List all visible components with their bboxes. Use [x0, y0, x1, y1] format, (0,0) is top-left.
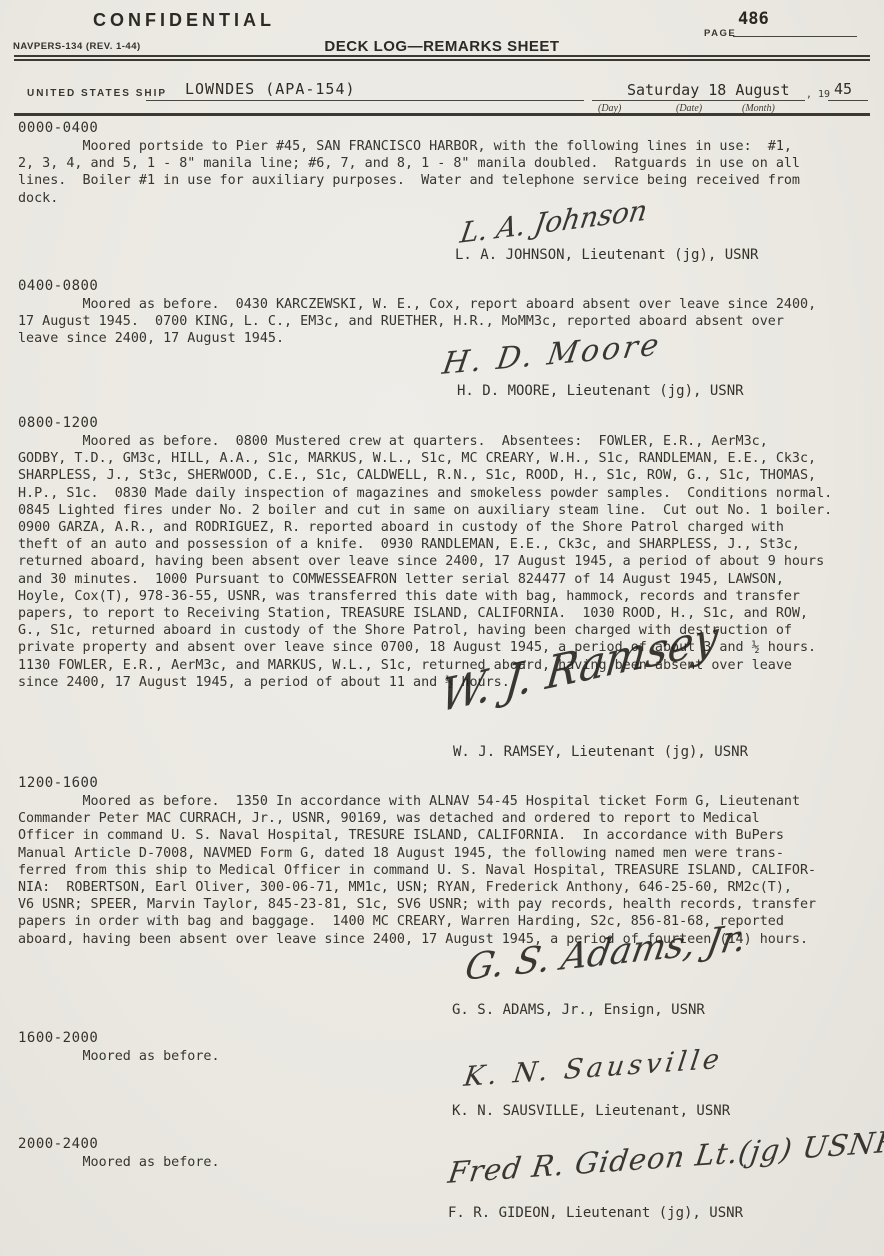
- classification-stamp: CONFIDENTIAL: [93, 10, 275, 31]
- entry-0000-0400-text: Moored portside to Pier #45, SAN FRANCIS…: [18, 138, 868, 207]
- sausville-typed-signature: K. N. SAUSVILLE, Lieutenant, USNR: [452, 1103, 730, 1119]
- entry-1600-2000-text: Moored as before.: [18, 1048, 868, 1065]
- ship-name: LOWNDES (APA-154): [185, 80, 356, 98]
- entry-0400-0800-text: Moored as before. 0430 KARCZEWSKI, W. E.…: [18, 296, 868, 348]
- date-underline: [592, 100, 805, 101]
- entry-1200-1600-time: 1200-1600: [18, 775, 98, 791]
- year-underline: [828, 100, 868, 101]
- gideon-handwritten-signature: Fred R. Gideon Lt.(jg) USNR: [446, 1124, 884, 1190]
- year-value: 45: [834, 80, 852, 98]
- ship-name-underline: [146, 100, 584, 101]
- ramsey-typed-signature: W. J. RAMSEY, Lieutenant (jg), USNR: [453, 744, 748, 760]
- entry-0000-0400-time: 0000-0400: [18, 120, 98, 136]
- entry-2000-2400-time: 2000-2400: [18, 1136, 98, 1152]
- document-title: DECK LOG—REMARKS SHEET: [0, 38, 884, 55]
- page-number-underline: [733, 36, 857, 37]
- adams-typed-signature: G. S. ADAMS, Jr., Ensign, USNR: [452, 1002, 705, 1018]
- ship-label: UNITED STATES SHIP: [27, 88, 167, 99]
- deck-log-page: CONFIDENTIAL PAGE 486 NAVPERS-134 (REV. …: [0, 0, 884, 1256]
- entry-0400-0800-time: 0400-0800: [18, 278, 98, 294]
- johnson-typed-signature: L. A. JOHNSON, Lieutenant (jg), USNR: [455, 247, 758, 263]
- entry-0800-1200-time: 0800-1200: [18, 415, 98, 431]
- moore-typed-signature: H. D. MOORE, Lieutenant (jg), USNR: [457, 383, 744, 399]
- year-prefix: , 19: [806, 89, 830, 100]
- entry-0800-1200-text: Moored as before. 0800 Mustered crew at …: [18, 433, 868, 691]
- header-double-rule: [14, 55, 870, 61]
- log-date: Saturday 18 August: [627, 81, 790, 99]
- gideon-typed-signature: F. R. GIDEON, Lieutenant (jg), USNR: [448, 1205, 743, 1221]
- header-heavy-rule: [14, 113, 870, 116]
- entry-1600-2000-time: 1600-2000: [18, 1030, 98, 1046]
- page-number: 486: [738, 9, 769, 29]
